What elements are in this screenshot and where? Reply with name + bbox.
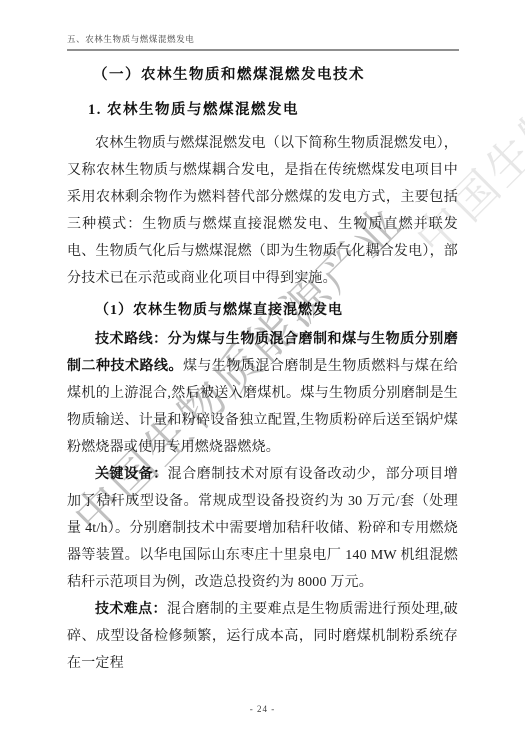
paragraph-tech-difficulty: 技术难点：混合磨制的主要难点是生物质需进行预处理,破碎、成型设备检修频繁，运行成… bbox=[67, 596, 458, 677]
document-body: （一）农林生物质和燃煤混燃发电技术 1. 农林生物质与燃煤混燃发电 农林生物质与… bbox=[67, 56, 458, 677]
paragraph-tech-route: 技术路线：分为煤与生物质混合磨制和煤与生物质分别磨制二种技术路线。煤与生物质混合… bbox=[67, 326, 458, 461]
page-header: 五、农林生物质与燃煤混燃发电 bbox=[67, 33, 459, 51]
clause-heading: （1）农林生物质与燃煤直接混燃发电 bbox=[67, 297, 458, 324]
paragraph-intro-text: 农林生物质与燃煤混燃发电（以下简称生物质混燃发电），又称农林生物质与燃煤耦合发电… bbox=[67, 136, 458, 286]
paragraph-key-equipment-text: 混合磨制技术对原有设备改动少，部分项目增加了秸秆成型设备。常规成型设备投资约为 … bbox=[67, 467, 458, 590]
document-page: 五、农林生物质与燃煤混燃发电 中国生物质能源产业 中国生物质能源产业 （一）农林… bbox=[0, 0, 525, 739]
paragraph-key-equipment-lead: 关键设备： bbox=[95, 467, 168, 482]
paragraph-intro: 农林生物质与燃煤混燃发电（以下简称生物质混燃发电），又称农林生物质与燃煤耦合发电… bbox=[67, 130, 458, 292]
paragraph-tech-difficulty-lead: 技术难点： bbox=[95, 602, 167, 617]
header-title: 五、农林生物质与燃煤混燃发电 bbox=[67, 34, 194, 44]
paragraph-key-equipment: 关键设备：混合磨制技术对原有设备改动少，部分项目增加了秸秆成型设备。常规成型设备… bbox=[67, 461, 458, 596]
subsection-heading: 1. 农林生物质与燃煤混燃发电 bbox=[67, 97, 458, 124]
section-heading: （一）农林生物质和燃煤混燃发电技术 bbox=[67, 62, 458, 89]
page-number: - 24 - bbox=[0, 704, 525, 714]
